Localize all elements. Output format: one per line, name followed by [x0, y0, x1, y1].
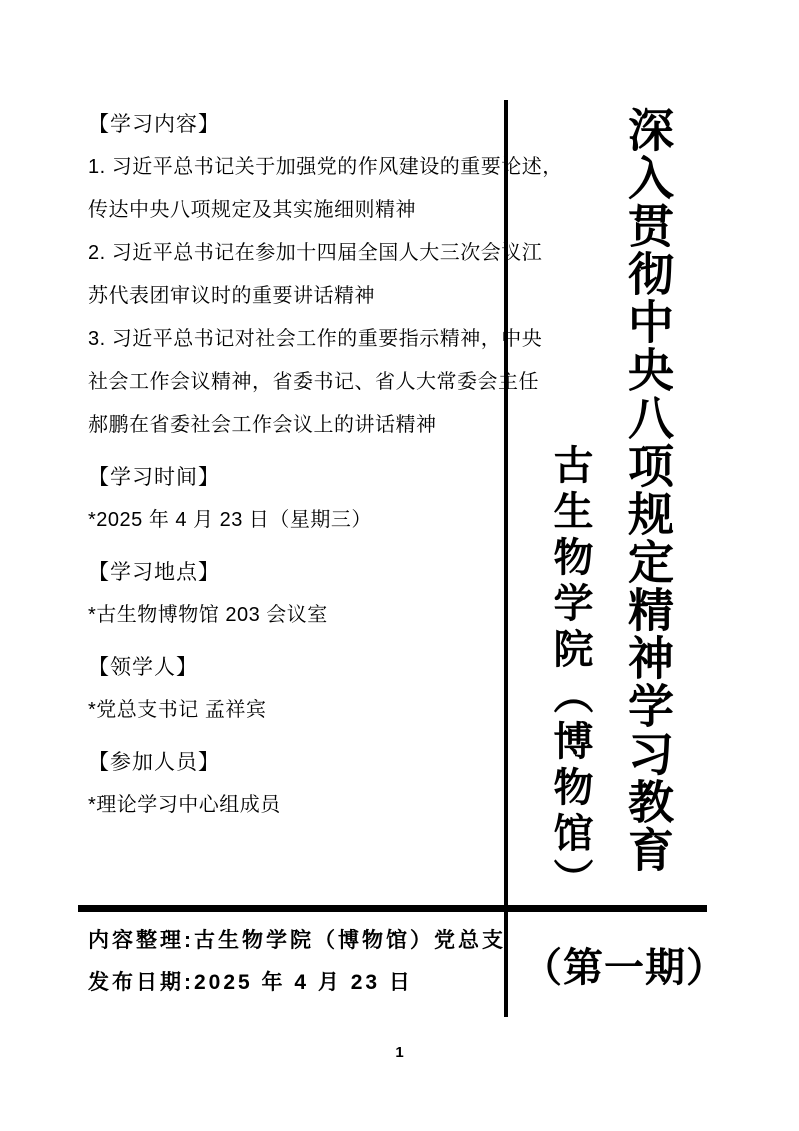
content-line: 3. 习近平总书记对社会工作的重要指示精神，中央: [88, 318, 500, 361]
section-study-content: 【学习内容】 1. 习近平总书记关于加强党的作风建设的重要论述， 传达中央八项规…: [88, 104, 500, 447]
content-line: 1. 习近平总书记关于加强党的作风建设的重要论述，: [88, 146, 500, 189]
content-line: *党总支书记 孟祥宾: [88, 689, 500, 732]
issue-number: （第一期）: [522, 936, 727, 993]
content-line: 社会工作会议精神，省委书记、省人大常委会主任: [88, 361, 500, 404]
content-line: *理论学习中心组成员: [88, 784, 500, 827]
section-participants: 【参加人员】 *理论学习中心组成员: [88, 742, 500, 827]
content-line: *2025 年 4 月 23 日（星期三）: [88, 499, 500, 542]
content-line: *古生物博物馆 203 会议室: [88, 594, 500, 637]
publish-date-line: 发布日期:2025 年 4 月 23 日: [88, 962, 500, 1004]
horizontal-double-rule: [78, 905, 707, 912]
section-header: 【学习时间】: [88, 457, 500, 499]
institution-name-vertical: 古生物学院（博物馆）: [542, 444, 599, 868]
vertical-double-rule: [504, 100, 508, 1017]
document-page: 【学习内容】 1. 习近平总书记关于加强党的作风建设的重要论述， 传达中央八项规…: [0, 0, 799, 1131]
section-study-location: 【学习地点】 *古生物博物馆 203 会议室: [88, 552, 500, 637]
content-line: 苏代表团审议时的重要讲话精神: [88, 275, 500, 318]
section-lead-learner: 【领学人】 *党总支书记 孟祥宾: [88, 647, 500, 732]
main-title-vertical: 深入贯彻中央八项规定精神学习教育: [614, 106, 680, 890]
page-number: 1: [0, 1044, 799, 1061]
content-line: 2. 习近平总书记在参加十四届全国人大三次会议江: [88, 232, 500, 275]
organizer-line: 内容整理:古生物学院（博物馆）党总支: [88, 920, 500, 962]
study-notice-body: 【学习内容】 1. 习近平总书记关于加强党的作风建设的重要论述， 传达中央八项规…: [88, 104, 500, 827]
content-line: 传达中央八项规定及其实施细则精神: [88, 189, 500, 232]
footer-credits: 内容整理:古生物学院（博物馆）党总支 发布日期:2025 年 4 月 23 日: [88, 920, 500, 1004]
section-header: 【学习内容】: [88, 104, 500, 146]
section-header: 【学习地点】: [88, 552, 500, 594]
section-header: 【领学人】: [88, 647, 500, 689]
section-study-time: 【学习时间】 *2025 年 4 月 23 日（星期三）: [88, 457, 500, 542]
content-line: 郝鹏在省委社会工作会议上的讲话精神: [88, 404, 500, 447]
section-header: 【参加人员】: [88, 742, 500, 784]
